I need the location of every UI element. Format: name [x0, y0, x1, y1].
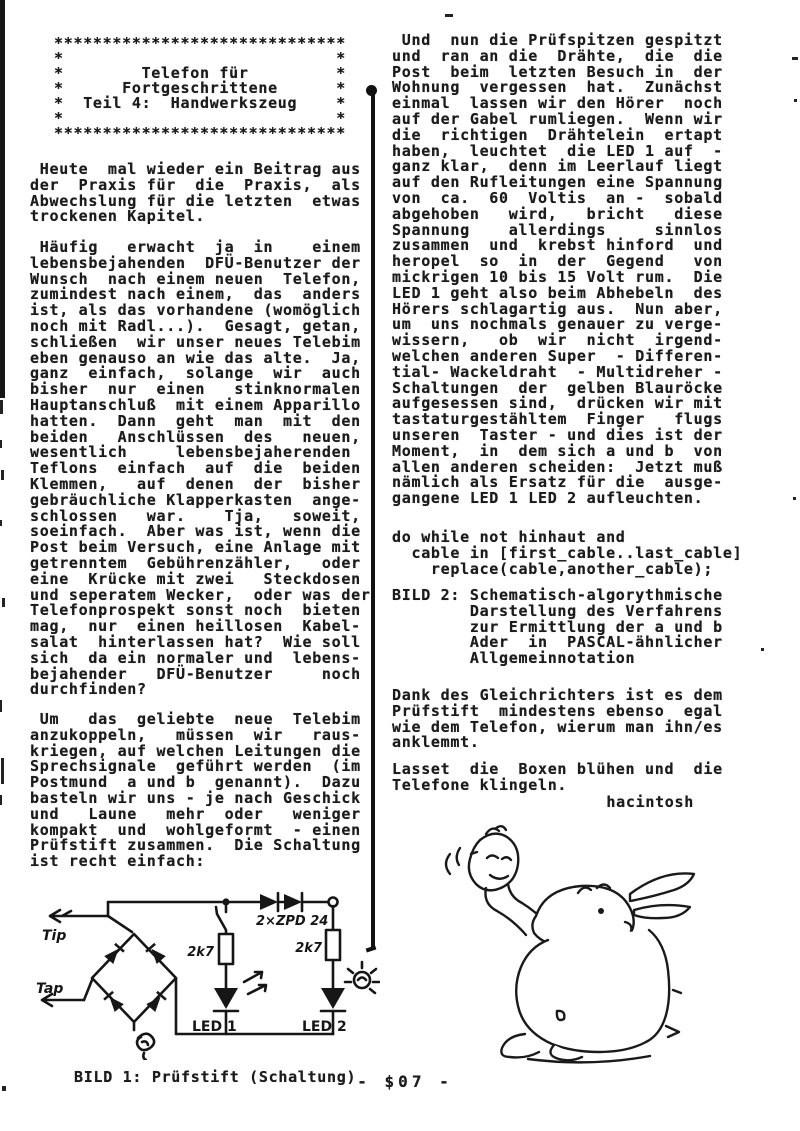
scan-speck — [761, 648, 764, 651]
scan-speck — [793, 497, 796, 500]
scan-speck — [794, 99, 797, 102]
label-tap: Tap — [36, 981, 63, 997]
left-paragraph-intro: Heute mal wieder ein Beitrag aus der Pra… — [30, 162, 361, 225]
scan-speck — [0, 520, 2, 526]
scan-speck — [1, 470, 4, 480]
right-paragraph-dank: Dank des Gleichrichters ist es dem Prüfs… — [392, 688, 723, 751]
left-paragraph-main: Häufig erwacht ja in einem lebensbejahen… — [30, 240, 371, 698]
left-paragraph-pruefstift: Um das geliebte neue Telebim anzukoppeln… — [30, 712, 361, 870]
page-number: - $07 - — [320, 1074, 490, 1090]
scanned-magazine-page: ****************************** * * * Tel… — [0, 0, 800, 1131]
pseudocode-block: do while not hinhaut and cable in [first… — [392, 530, 742, 577]
author-signature: hacintosh — [392, 795, 716, 811]
scan-speck — [2, 598, 5, 607]
label-led1: LED 1 — [192, 1019, 237, 1035]
right-paragraph-main: Und nun die Prüfspitzen gespitzt und ran… — [392, 33, 723, 507]
scan-speck — [2, 1086, 6, 1091]
article-title-box: ****************************** * * * Tel… — [54, 36, 346, 141]
scan-speck — [792, 57, 798, 60]
figure1-caption: BILD 1: Prüfstift (Schaltung) — [74, 1070, 356, 1086]
label-zener: 2×ZPD 24 — [256, 914, 328, 929]
scan-speck — [1, 758, 4, 784]
scan-speck — [0, 440, 2, 448]
scan-speck — [0, 700, 2, 712]
label-tip: Tip — [42, 928, 66, 944]
circuit-diagram-pruefstift: Tip Tap 2k7 2k7 2×ZPD 24 LED 1 LED 2 — [26, 872, 380, 1060]
right-paragraph-lasset: Lasset die Boxen blühen und die Telefone… — [392, 762, 723, 794]
label-resistor2: 2k7 — [295, 941, 323, 956]
figure2-caption: BILD 2: Schematisch-algorythmische Darst… — [392, 588, 723, 667]
scan-speck — [445, 14, 453, 17]
cartoon-illustration — [428, 818, 738, 1068]
label-led2: LED 2 — [302, 1019, 347, 1035]
column-divider-rule — [371, 92, 375, 950]
label-resistor1: 2k7 — [187, 945, 215, 960]
scan-speck — [0, 400, 3, 414]
scan-edge-artifact — [0, 0, 5, 398]
scan-speck — [0, 795, 2, 805]
